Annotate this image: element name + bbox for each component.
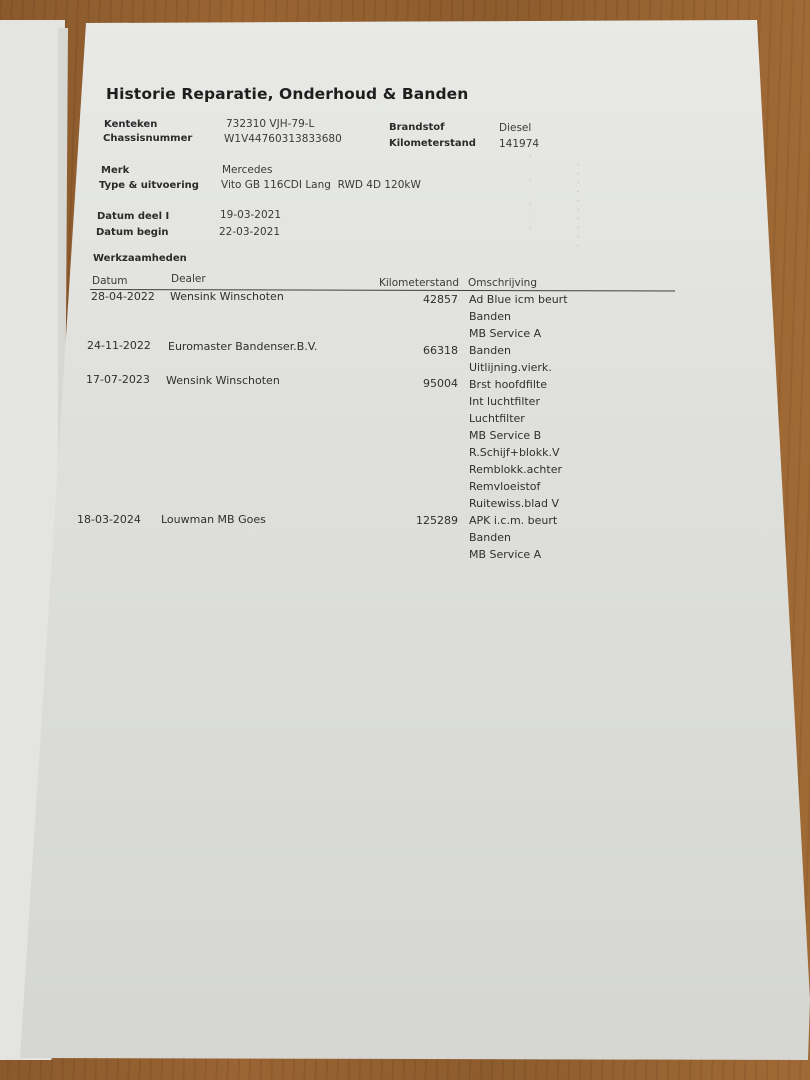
omschrijving-item: MB Service A xyxy=(469,546,557,563)
column-header-datum: Datum xyxy=(92,275,128,287)
row-omschrijving: Brst hoofdfilteInt luchtfilterLuchtfilte… xyxy=(469,376,562,512)
datum-deel-label: Datum deel I xyxy=(97,211,169,222)
row-dealer: Wensink Winschoten xyxy=(166,374,280,387)
row-kilometerstand: 125289 xyxy=(378,514,458,527)
print-specks xyxy=(528,150,534,230)
row-datum: 18-03-2024 xyxy=(77,513,141,526)
print-specks xyxy=(575,160,583,250)
merk-label: Merk xyxy=(101,165,129,176)
omschrijving-item: Ad Blue icm beurt xyxy=(469,291,568,308)
omschrijving-item: MB Service B xyxy=(469,427,562,444)
merk-value: Mercedes xyxy=(222,164,272,176)
omschrijving-item: Uitlijning.vierk. xyxy=(469,359,552,376)
omschrijving-item: Luchtfilter xyxy=(469,410,562,427)
row-datum: 24-11-2022 xyxy=(87,339,151,352)
document: Historie Reparatie, Onderhoud & Banden K… xyxy=(0,0,810,1080)
row-omschrijving: APK i.c.m. beurtBandenMB Service A xyxy=(469,512,557,563)
document-title: Historie Reparatie, Onderhoud & Banden xyxy=(106,85,468,103)
datum-begin-label: Datum begin xyxy=(96,227,169,238)
column-header-kilometerstand: Kilometerstand xyxy=(379,277,459,289)
omschrijving-item: Remblokk.achter xyxy=(469,461,562,478)
row-dealer: Wensink Winschoten xyxy=(170,290,284,303)
brandstof-label: Brandstof xyxy=(389,122,445,133)
kenteken-value: 732310 VJH-79-L xyxy=(226,118,314,130)
row-omschrijving: BandenUitlijning.vierk. xyxy=(469,342,552,376)
row-dealer: Euromaster Bandenser.B.V. xyxy=(168,340,317,353)
column-header-omschrijving: Omschrijving xyxy=(468,277,537,289)
row-kilometerstand: 66318 xyxy=(378,344,458,357)
omschrijving-item: MB Service A xyxy=(469,325,568,342)
datum-begin-value: 22-03-2021 xyxy=(219,226,280,238)
row-omschrijving: Ad Blue icm beurtBandenMB Service A xyxy=(469,291,568,342)
kilometerstand-label: Kilometerstand xyxy=(389,138,476,149)
omschrijving-item: Banden xyxy=(469,529,557,546)
omschrijving-item: Int luchtfilter xyxy=(469,393,562,410)
row-datum: 17-07-2023 xyxy=(86,373,150,386)
omschrijving-item: APK i.c.m. beurt xyxy=(469,512,557,529)
kenteken-label: Kenteken xyxy=(104,119,157,130)
row-dealer: Louwman MB Goes xyxy=(161,513,266,526)
omschrijving-item: Remvloeistof xyxy=(469,478,562,495)
omschrijving-item: Banden xyxy=(469,342,552,359)
type-value: Vito GB 116CDI Lang RWD 4D 120kW xyxy=(221,179,421,191)
column-header-dealer: Dealer xyxy=(171,273,206,285)
omschrijving-item: R.Schijf+blokk.V xyxy=(469,444,562,461)
omschrijving-item: Banden xyxy=(469,308,568,325)
kilometerstand-value: 141974 xyxy=(499,138,539,150)
chassis-value: W1V44760313833680 xyxy=(224,133,342,145)
werkzaamheden-heading: Werkzaamheden xyxy=(93,253,187,264)
datum-deel-value: 19-03-2021 xyxy=(220,209,281,221)
chassis-label: Chassisnummer xyxy=(103,133,192,144)
row-kilometerstand: 42857 xyxy=(378,293,458,306)
omschrijving-item: Brst hoofdfilte xyxy=(469,376,562,393)
row-datum: 28-04-2022 xyxy=(91,290,155,303)
brandstof-value: Diesel xyxy=(499,122,531,134)
row-kilometerstand: 95004 xyxy=(378,377,458,390)
omschrijving-item: Ruitewiss.blad V xyxy=(469,495,562,512)
type-label: Type & uitvoering xyxy=(99,180,199,191)
